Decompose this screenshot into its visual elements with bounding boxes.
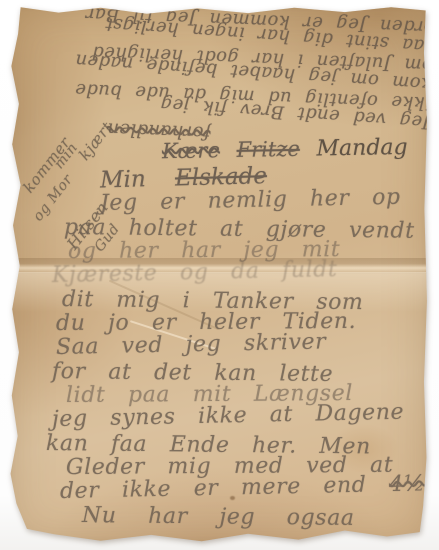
line-text: Nu har jeg ogsaa	[82, 503, 355, 531]
letter-paper: forhandlen Jeg ved endt Brev fik jeg ikk…	[8, 4, 429, 544]
handwriting-line: jeg synes ikke at Dagene	[52, 400, 421, 432]
letter-body: Kære Fritze Mandag 12= Min Elskade Jeg e…	[44, 138, 421, 528]
strikethrough-word: 4½	[389, 471, 426, 497]
handwriting-line: Nu har jeg ogsaa	[82, 504, 421, 532]
line-text: der ikke er mere end	[60, 473, 367, 504]
strikethrough-word: Fritze	[236, 137, 300, 162]
torn-paper-sheet: forhandlen Jeg ved endt Brev fik jeg ikk…	[8, 4, 429, 544]
scan-background: forhandlen Jeg ved endt Brev fik jeg ikk…	[0, 0, 439, 550]
line-text: Kjæreste og da fuldt	[52, 257, 338, 288]
date-text: Mandag 12=	[316, 134, 439, 162]
line-text: Saa ved jeg skriver	[56, 329, 327, 360]
strikethrough-word: Kære	[162, 138, 220, 163]
handwriting-line: Jeg er nemlig her op	[100, 185, 421, 216]
handwriting-line: Kjæreste og da fuldt	[52, 256, 421, 288]
line-text: Jeg er nemlig her op	[100, 185, 401, 216]
handwriting-line: Saa ved jeg skriver	[56, 328, 421, 360]
handwriting-line: der ikke er mere end 4½	[60, 472, 421, 504]
